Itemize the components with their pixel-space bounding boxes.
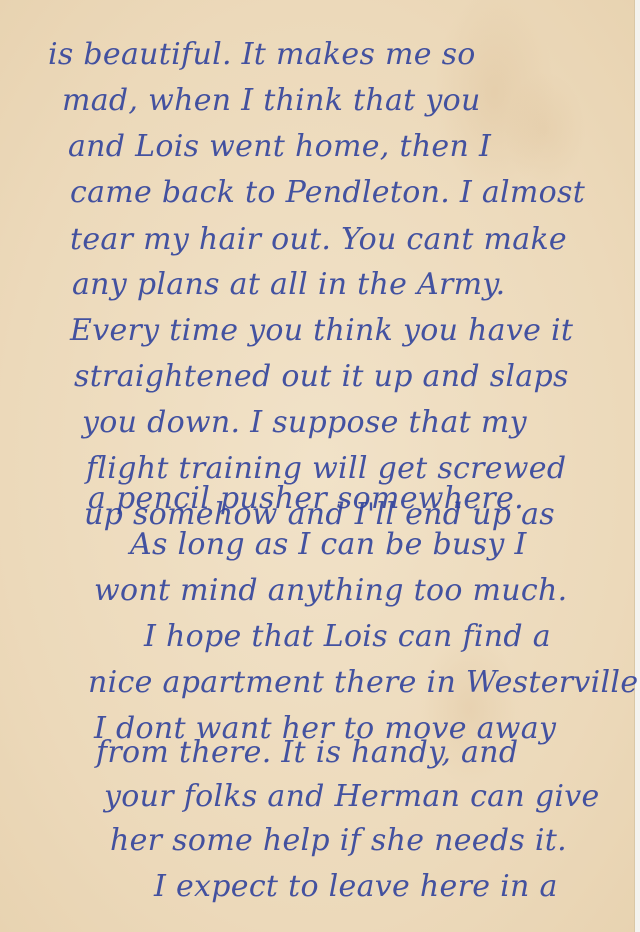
- letter-line-7: Every time you think you have it: [70, 316, 573, 346]
- letter-line-9: you down. I suppose that my: [82, 408, 527, 438]
- letter-line-12: a pencil pusher somewhere.: [88, 484, 524, 514]
- letter-line-13: As long as I can be busy I: [130, 530, 527, 560]
- letter-page: is beautiful. It makes me so mad, when I…: [0, 0, 635, 932]
- letter-line-10: flight training will get screwed: [86, 454, 566, 484]
- letter-line-20: her some help if she needs it.: [110, 826, 567, 856]
- letter-line-19: your folks and Herman can give: [104, 782, 600, 812]
- letter-line-15: I hope that Lois can find a: [144, 622, 551, 652]
- letter-line-16: nice apartment there in Westerville.: [88, 668, 640, 698]
- letter-line-1: is beautiful. It makes me so: [48, 40, 476, 70]
- letter-line-14: wont mind anything too much.: [94, 576, 568, 606]
- letter-line-21: I expect to leave here in a: [154, 872, 558, 902]
- letter-line-5: tear my hair out. You cant make: [70, 225, 567, 255]
- letter-line-18: from there. It is handy, and: [96, 738, 518, 768]
- letter-line-3: and Lois went home, then I: [68, 132, 491, 162]
- letter-line-4: came back to Pendleton. I almost: [70, 178, 585, 208]
- letter-line-6: any plans at all in the Army.: [72, 270, 506, 300]
- letter-line-8: straightened out it up and slaps: [74, 362, 569, 392]
- letter-line-2: mad, when I think that you: [62, 86, 481, 116]
